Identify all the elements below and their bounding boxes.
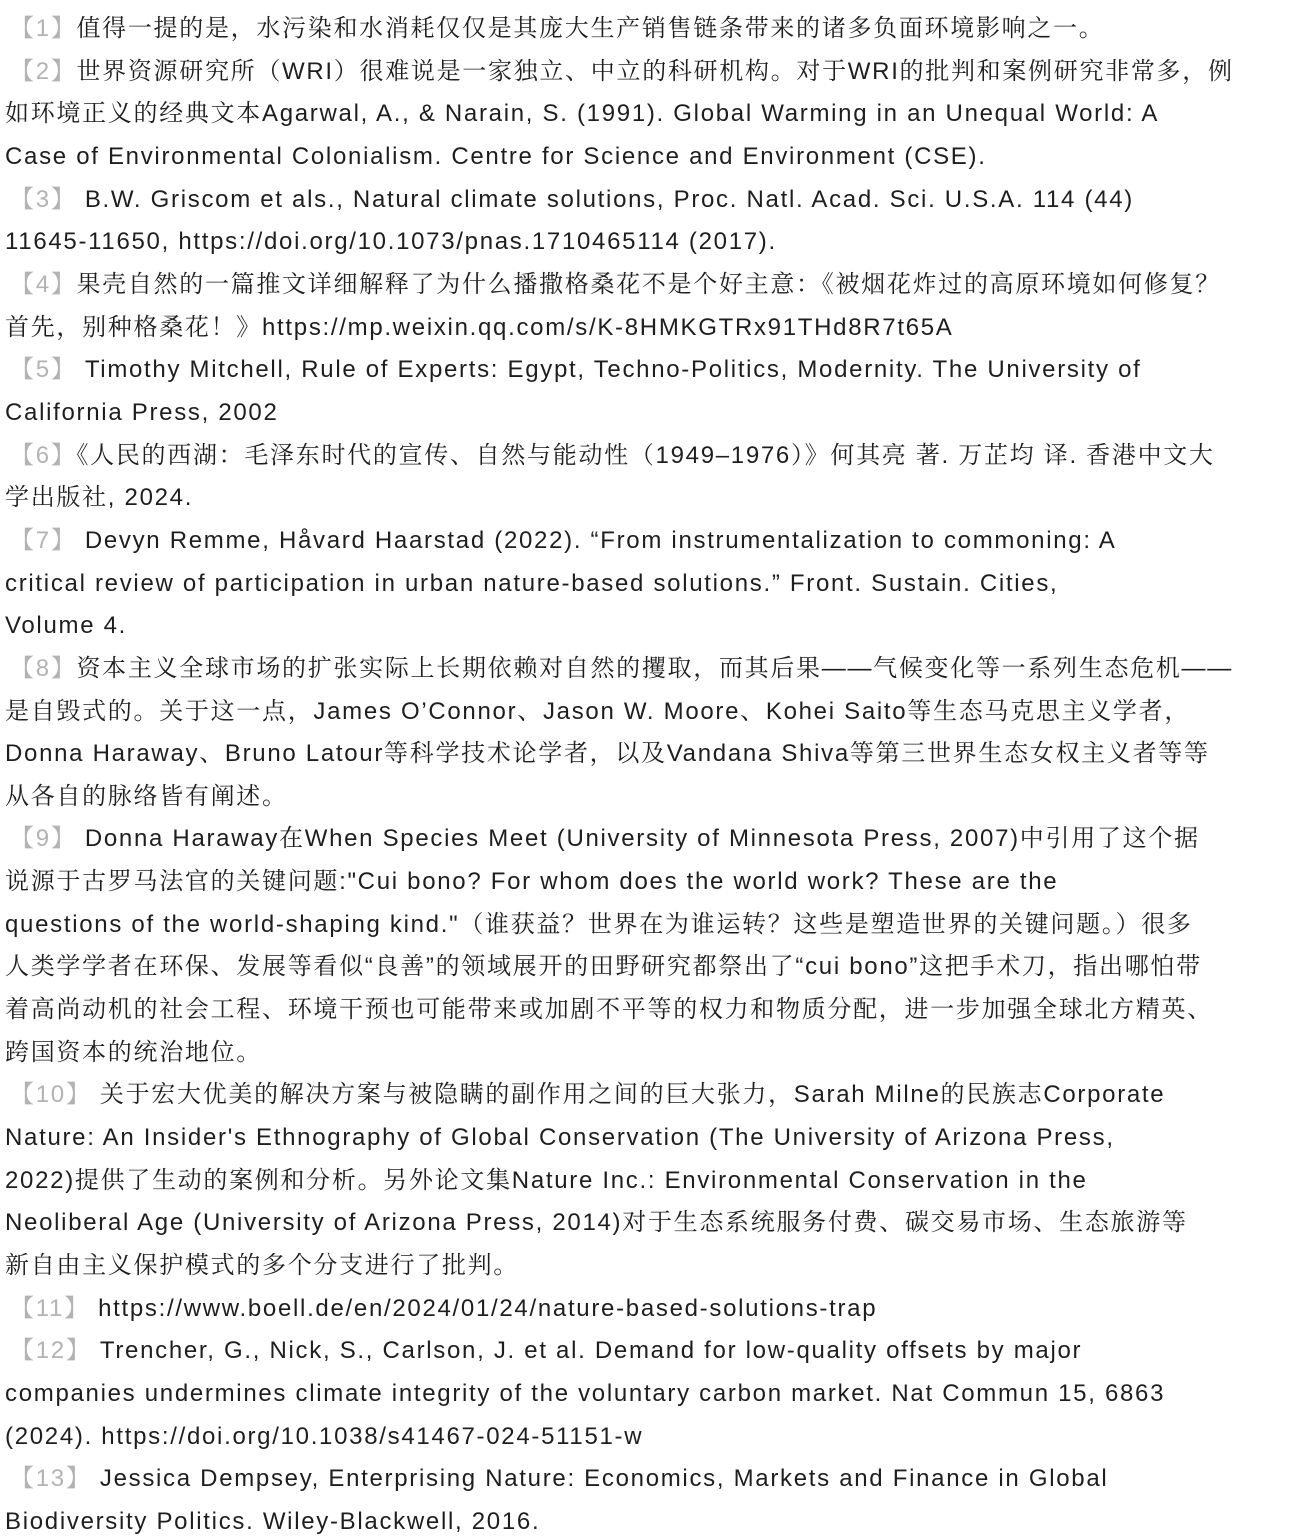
footnote-line: companies undermines climate integrity o… [5,1373,1279,1416]
footnote: 【10】 关于宏大优美的解决方案与被隐瞒的副作用之间的巨大张力，Sarah Mi… [5,1074,1279,1287]
footnote-line: 如环境正义的经典文本Agarwal, A., & Narain, S. (199… [5,93,1279,136]
footnote: 【11】 https://www.boell.de/en/2024/01/24/… [5,1288,1279,1331]
footnote-line: 【12】 Trencher, G., Nick, S., Carlson, J.… [5,1330,1279,1373]
footnote: 【6】《人民的西湖：毛泽东时代的宣传、自然与能动性（1949–1976）》何其亮… [5,435,1279,520]
footnote-text: Timothy Mitchell, Rule of Experts: Egypt… [76,356,1141,383]
footnote-marker: 【5】 [5,356,76,383]
footnote-line: Case of Environmental Colonialism. Centr… [5,136,1279,179]
footnote-line: 【3】 B.W. Griscom et als., Natural climat… [5,179,1279,222]
footnote-line: questions of the world-shaping kind."（谁获… [5,904,1279,947]
footnote: 【5】 Timothy Mitchell, Rule of Experts: E… [5,349,1279,434]
footnote-line: 人类学学者在环保、发展等看似“良善”的领域展开的田野研究都祭出了“cui bon… [5,946,1279,989]
footnote-marker: 【1】 [5,15,76,42]
footnote-line: 【5】 Timothy Mitchell, Rule of Experts: E… [5,349,1279,392]
footnote-marker: 【13】 [5,1465,92,1492]
footnote-line: 【8】资本主义全球市场的扩张实际上长期依赖对自然的攫取，而其后果——气候变化等一… [5,648,1279,691]
footnote-line: Biodiversity Politics. Wiley-Blackwell, … [5,1501,1279,1536]
footnote-line: (2024). https://doi.org/10.1038/s41467-0… [5,1416,1279,1459]
footnote-text: Jessica Dempsey, Enterprising Nature: Ec… [92,1465,1109,1492]
footnote-marker: 【4】 [5,271,76,298]
footnote-line: 11645-11650, https://doi.org/10.1073/pna… [5,221,1279,264]
footnote: 【4】果壳自然的一篇推文详细解释了为什么播撒格桑花不是个好主意：《被烟花炸过的高… [5,264,1279,349]
footnote-marker: 【9】 [5,825,76,852]
footnote-marker: 【12】 [5,1337,92,1364]
footnote-text: 关于宏大优美的解决方案与被隐瞒的副作用之间的巨大张力，Sarah Milne的民… [92,1081,1166,1108]
footnote: 【8】资本主义全球市场的扩张实际上长期依赖对自然的攫取，而其后果——气候变化等一… [5,648,1279,819]
footnote-text: 资本主义全球市场的扩张实际上长期依赖对自然的攫取，而其后果——气候变化等一系列生… [76,655,1233,682]
footnote: 【3】 B.W. Griscom et als., Natural climat… [5,179,1279,264]
footnote-line: 【1】值得一提的是，水污染和水消耗仅仅是其庞大生产销售链条带来的诸多负面环境影响… [5,8,1279,51]
footnote-marker: 【8】 [5,655,76,682]
footnote-line: Donna Haraway、Bruno Latour等科学技术论学者，以及Van… [5,733,1279,776]
footnote-line: 【2】世界资源研究所（WRI）很难说是一家独立、中立的科研机构。对于WRI的批判… [5,51,1279,94]
footnote-line: 【6】《人民的西湖：毛泽东时代的宣传、自然与能动性（1949–1976）》何其亮… [5,435,1279,478]
footnote-marker: 【2】 [5,58,76,85]
footnote-line: 【7】 Devyn Remme, Håvard Haarstad (2022).… [5,520,1279,563]
footnote-text: 世界资源研究所（WRI）很难说是一家独立、中立的科研机构。对于WRI的批判和案例… [76,58,1233,85]
footnote-text: B.W. Griscom et als., Natural climate so… [76,186,1133,213]
footnote-line: 说源于古罗马法官的关键问题:"Cui bono? For whom does t… [5,861,1279,904]
footnote-line: 【13】 Jessica Dempsey, Enterprising Natur… [5,1458,1279,1501]
footnote-line: 是自毁式的。关于这一点，James O’Connor、Jason W. Moor… [5,691,1279,734]
footnote-line: 从各自的脉络皆有阐述。 [5,776,1279,819]
footnote-line: Volume 4. [5,605,1279,648]
footnote-text: Trencher, G., Nick, S., Carlson, J. et a… [92,1337,1083,1364]
footnote-marker: 【7】 [5,527,76,554]
footnote: 【7】 Devyn Remme, Håvard Haarstad (2022).… [5,520,1279,648]
footnote-text: Devyn Remme, Håvard Haarstad (2022). “Fr… [76,527,1116,554]
footnotes-document: 【1】值得一提的是，水污染和水消耗仅仅是其庞大生产销售链条带来的诸多负面环境影响… [0,0,1311,1536]
footnote-marker: 【11】 [5,1295,90,1322]
footnote: 【13】 Jessica Dempsey, Enterprising Natur… [5,1458,1279,1536]
footnote-text: Donna Haraway在When Species Meet (Univers… [76,825,1199,852]
footnote-line: 2022)提供了生动的案例和分析。另外论文集Nature Inc.: Envir… [5,1160,1279,1203]
footnote-line: 着高尚动机的社会工程、环境干预也可能带来或加剧不平等的权力和物质分配，进一步加强… [5,989,1279,1032]
footnote-line: 【9】 Donna Haraway在When Species Meet (Uni… [5,818,1279,861]
footnote-line: 新自由主义保护模式的多个分支进行了批判。 [5,1245,1279,1288]
footnote-marker: 【10】 [5,1081,92,1108]
footnote-marker: 【6】 [5,442,76,469]
footnote-text: https://www.boell.de/en/2024/01/24/natur… [90,1295,878,1322]
footnote-marker: 【3】 [5,186,76,213]
footnote-line: 【11】 https://www.boell.de/en/2024/01/24/… [5,1288,1279,1331]
footnote-line: 学出版社, 2024. [5,477,1279,520]
footnote-line: critical review of participation in urba… [5,563,1279,606]
footnote-line: Nature: An Insider's Ethnography of Glob… [5,1117,1279,1160]
footnote-text: 《人民的西湖：毛泽东时代的宣传、自然与能动性（1949–1976）》何其亮 著.… [76,442,1214,469]
footnote: 【2】世界资源研究所（WRI）很难说是一家独立、中立的科研机构。对于WRI的批判… [5,51,1279,179]
footnote: 【12】 Trencher, G., Nick, S., Carlson, J.… [5,1330,1279,1458]
footnote: 【9】 Donna Haraway在When Species Meet (Uni… [5,818,1279,1074]
footnote: 【1】值得一提的是，水污染和水消耗仅仅是其庞大生产销售链条带来的诸多负面环境影响… [5,8,1279,51]
footnote-text: 值得一提的是，水污染和水消耗仅仅是其庞大生产销售链条带来的诸多负面环境影响之一。 [76,15,1104,42]
footnote-line: 跨国资本的统治地位。 [5,1032,1279,1075]
footnote-line: Neoliberal Age (University of Arizona Pr… [5,1202,1279,1245]
footnote-line: 首先，别种格桑花！》https://mp.weixin.qq.com/s/K-8… [5,307,1279,350]
footnote-line: 【4】果壳自然的一篇推文详细解释了为什么播撒格桑花不是个好主意：《被烟花炸过的高… [5,264,1279,307]
footnote-text: 果壳自然的一篇推文详细解释了为什么播撒格桑花不是个好主意：《被烟花炸过的高原环境… [76,271,1221,298]
footnote-line: California Press, 2002 [5,392,1279,435]
footnote-line: 【10】 关于宏大优美的解决方案与被隐瞒的副作用之间的巨大张力，Sarah Mi… [5,1074,1279,1117]
